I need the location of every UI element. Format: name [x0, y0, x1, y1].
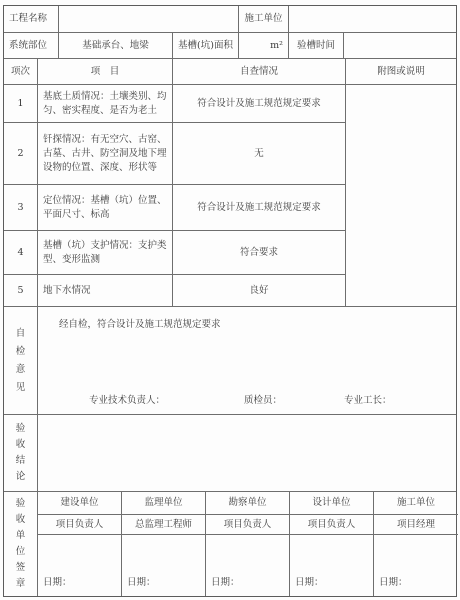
- seal-column-design: 设计单位 项目负责人 日期：: [290, 492, 374, 596]
- item-check: 符合要求: [173, 231, 346, 274]
- seal-unit-name: 设计单位: [290, 492, 373, 515]
- item-check: 无: [173, 123, 346, 184]
- item-desc: 基槽（坑）支护情况：支护类型、变形监测: [38, 231, 173, 274]
- col-header-self-check: 自查情况: [173, 59, 346, 84]
- inspection-time-value: [344, 33, 456, 58]
- sig-tech-label: 专业技术负责人：: [89, 394, 165, 408]
- table-row: 2 钎探情况：有无空穴、古窑、古墓、古井、防空洞及地下埋设物的位置、深度、形状等…: [4, 123, 346, 185]
- col-header-attachment: 附图或说明: [346, 59, 456, 85]
- system-part-label: 系统部位: [4, 33, 59, 58]
- seal-signature-area: 日期：: [290, 535, 373, 596]
- trench-area-label: 基槽(坑)面积: [173, 33, 239, 58]
- table-row: 5 地下水情况 良好: [4, 275, 346, 306]
- project-name-label: 工程名称: [4, 6, 59, 32]
- item-desc: 地下水情况: [38, 275, 173, 306]
- item-no: 3: [4, 185, 38, 230]
- items-header-row: 项次 项 目 自查情况: [4, 59, 346, 85]
- seal-column-construction-owner: 建设单位 项目负责人 日期：: [38, 492, 122, 596]
- trench-area-unit: m²: [239, 33, 289, 58]
- seal-label-cell: 验收单位签章: [4, 492, 38, 596]
- seal-role-name: 项目经理: [374, 515, 458, 535]
- inspection-time-label: 验槽时间: [289, 33, 344, 58]
- seal-date-label: 日期：: [127, 576, 156, 590]
- system-info-row: 系统部位 基础承台、地梁 基槽(坑)面积 m² 验槽时间: [4, 33, 456, 59]
- seal-signature-area: 日期：: [374, 535, 458, 596]
- acceptance-section: 验收结论: [4, 415, 456, 492]
- acceptance-content: [38, 415, 456, 491]
- self-check-label-cell: 自检意见: [4, 307, 38, 414]
- seal-unit-name: 施工单位: [374, 492, 458, 515]
- acceptance-label: 验收结论: [15, 421, 26, 485]
- construction-unit-value: [289, 6, 456, 32]
- construction-unit-label: 施工单位: [239, 6, 289, 32]
- seal-role-name: 总监理工程师: [122, 515, 205, 535]
- seal-label: 验收单位签章: [15, 496, 26, 592]
- seal-unit-name: 监理单位: [122, 492, 205, 515]
- table-row: 4 基槽（坑）支护情况：支护类型、变形监测 符合要求: [4, 231, 346, 275]
- self-check-section: 自检意见 经自检，符合设计及施工规范规定要求 专业技术负责人： 质检员： 专业工…: [4, 307, 456, 415]
- item-no: 5: [4, 275, 38, 306]
- seal-unit-name: 建设单位: [38, 492, 121, 515]
- seal-date-label: 日期：: [379, 576, 408, 590]
- seal-role-name: 项目负责人: [206, 515, 289, 535]
- self-check-label: 自检意见: [15, 325, 26, 397]
- attachment-column: 附图或说明: [346, 59, 456, 306]
- seal-date-label: 日期：: [295, 576, 324, 590]
- seal-role-name: 项目负责人: [38, 515, 121, 535]
- seal-signature-area: 日期：: [206, 535, 289, 596]
- item-no: 4: [4, 231, 38, 274]
- seal-date-label: 日期：: [43, 576, 72, 590]
- item-check: 良好: [173, 275, 346, 306]
- seal-column-supervision: 监理单位 总监理工程师 日期：: [122, 492, 206, 596]
- col-header-item: 项 目: [38, 59, 173, 84]
- table-row: 3 定位情况：基槽（坑）位置、平面尺寸、标高 符合设计及施工规范规定要求: [4, 185, 346, 231]
- items-table: 项次 项 目 自查情况 1 基底土质情况：土壤类别、均匀、密实程度、是否为老土 …: [4, 59, 456, 307]
- seal-columns: 建设单位 项目负责人 日期： 监理单位 总监理工程师 日期： 勘察单位 项目负责…: [38, 492, 458, 596]
- seal-section: 验收单位签章 建设单位 项目负责人 日期： 监理单位 总监理工程师 日期：: [4, 492, 456, 596]
- project-name-value: [59, 6, 239, 32]
- system-part-value: 基础承台、地梁: [59, 33, 173, 58]
- self-check-body: 经自检，符合设计及施工规范规定要求 专业技术负责人： 质检员： 专业工长：: [38, 307, 456, 414]
- scanned-inspection-form-page: 工程名称 施工单位 系统部位 基础承台、地梁 基槽(坑)面积 m² 验槽时间 项…: [0, 0, 460, 600]
- item-no: 1: [4, 85, 38, 122]
- item-check: 符合设计及施工规范规定要求: [173, 85, 346, 122]
- seal-unit-name: 勘察单位: [206, 492, 289, 515]
- item-check: 符合设计及施工规范规定要求: [173, 185, 346, 230]
- seal-date-label: 日期：: [211, 576, 240, 590]
- seal-signature-area: 日期：: [122, 535, 205, 596]
- seal-column-contractor: 施工单位 项目经理 日期：: [374, 492, 458, 596]
- sig-qc-label: 质检员：: [244, 394, 282, 408]
- item-no: 2: [4, 123, 38, 184]
- item-desc: 基底土质情况：土壤类别、均匀、密实程度、是否为老土: [38, 85, 173, 122]
- attachment-area: [346, 85, 456, 306]
- items-table-left: 项次 项 目 自查情况 1 基底土质情况：土壤类别、均匀、密实程度、是否为老土 …: [4, 59, 346, 306]
- item-desc: 钎探情况：有无空穴、古窑、古墓、古井、防空洞及地下埋设物的位置、深度、形状等: [38, 123, 173, 184]
- acceptance-label-cell: 验收结论: [4, 415, 38, 491]
- seal-column-survey: 勘察单位 项目负责人 日期：: [206, 492, 290, 596]
- sig-foreman-label: 专业工长：: [344, 394, 392, 408]
- table-row: 1 基底土质情况：土壤类别、均匀、密实程度、是否为老土 符合设计及施工规范规定要…: [4, 85, 346, 123]
- seal-role-name: 项目负责人: [290, 515, 373, 535]
- project-info-row: 工程名称 施工单位: [4, 6, 456, 33]
- foundation-trench-inspection-form: 工程名称 施工单位 系统部位 基础承台、地梁 基槽(坑)面积 m² 验槽时间 项…: [3, 5, 457, 597]
- seal-signature-area: 日期：: [38, 535, 121, 596]
- col-header-index: 项次: [4, 59, 38, 84]
- self-check-statement: 经自检，符合设计及施工规范规定要求: [59, 318, 221, 332]
- item-desc: 定位情况：基槽（坑）位置、平面尺寸、标高: [38, 185, 173, 230]
